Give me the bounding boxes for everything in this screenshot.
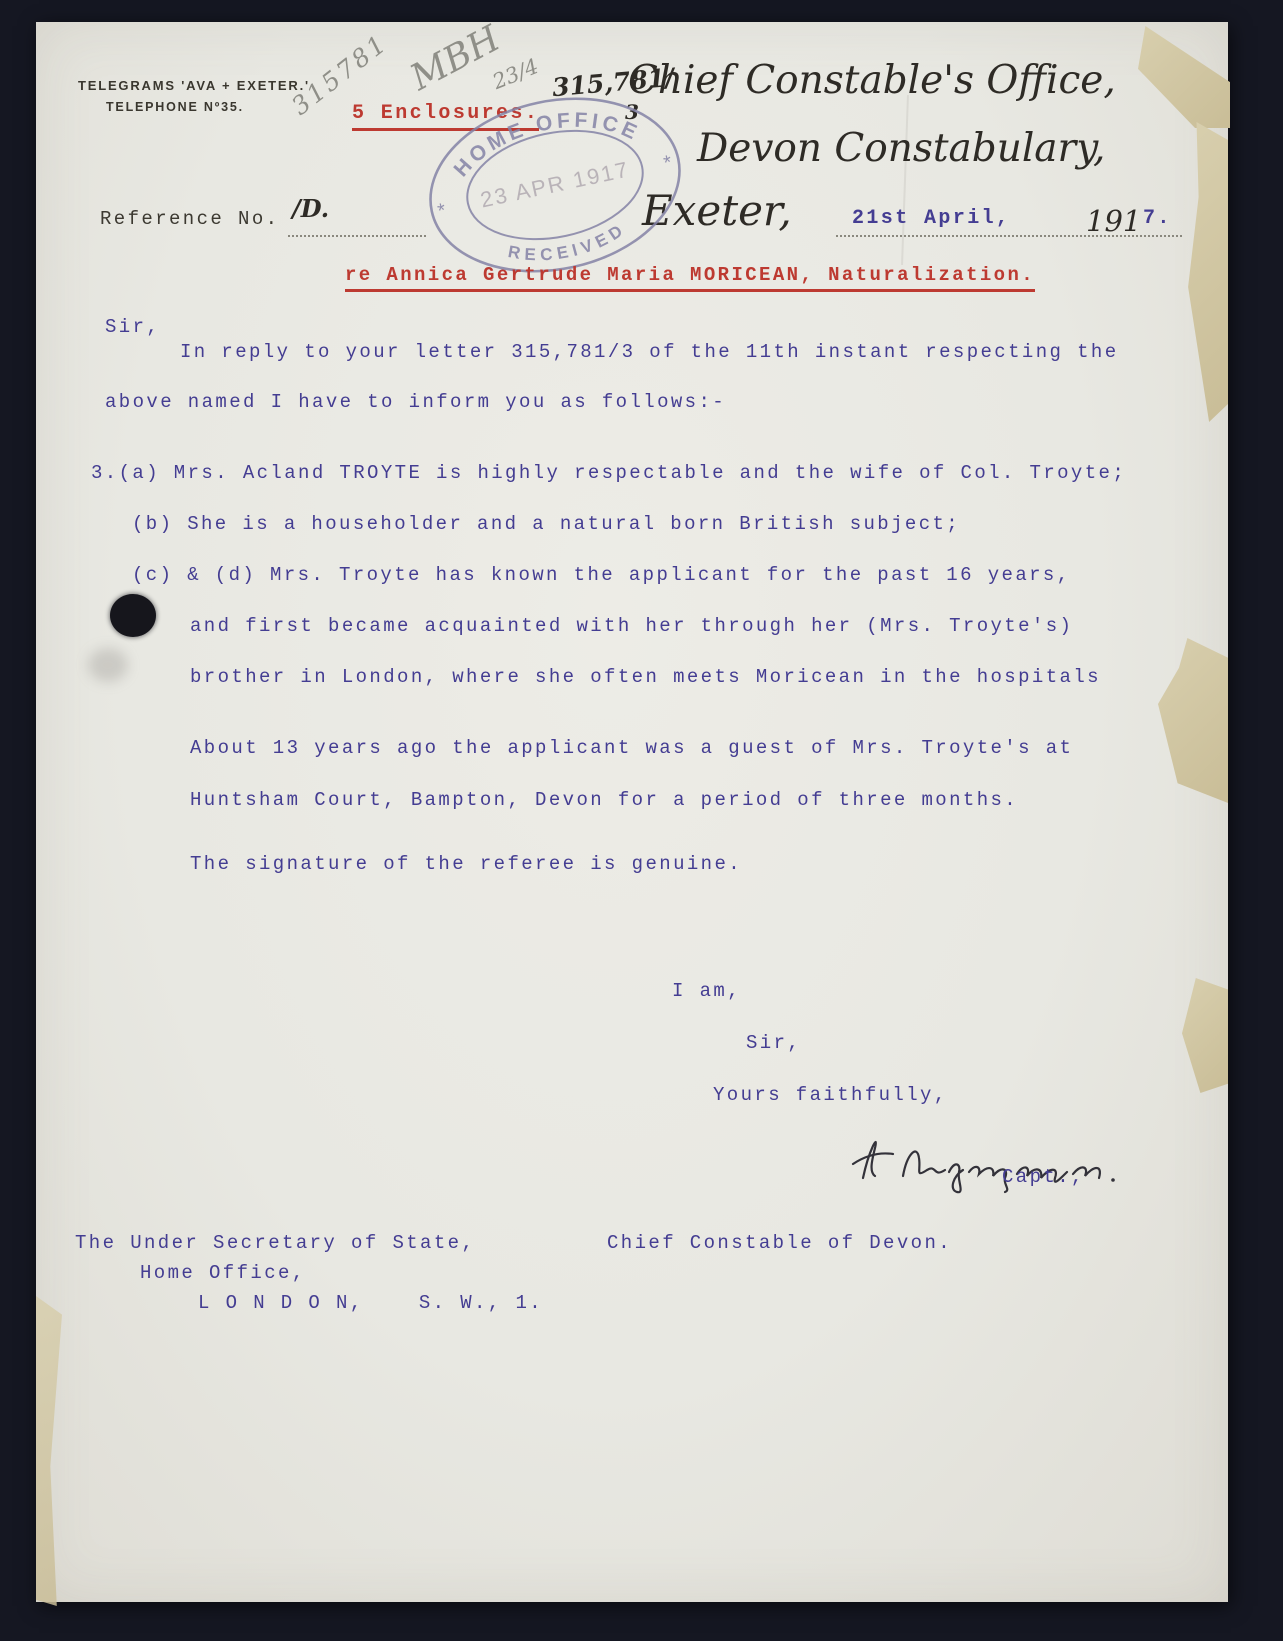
reference-value: /D. <box>292 194 329 223</box>
recipient-line1: The Under Secretary of State, <box>75 1232 475 1254</box>
body-line: (c) & (d) Mrs. Troyte has known the appl… <box>132 564 1071 586</box>
recipient-line2: Home Office, <box>140 1262 306 1284</box>
body-line: (b) She is a householder and a natural b… <box>132 513 960 535</box>
letterhead-constabulary: Devon Constabulary, <box>697 126 1105 171</box>
stamp-star-left-icon: * <box>436 199 448 222</box>
scanned-letter-page: TELEGRAMS 'AVA + EXETER.' TELEPHONE Nº35… <box>0 0 1283 1641</box>
signature-scrawl <box>845 1120 1175 1200</box>
year-typed: 7. <box>1143 207 1172 230</box>
body-line: above named I have to inform you as foll… <box>105 391 726 413</box>
telegrams-line: TELEGRAMS 'AVA + EXETER.' <box>78 78 310 93</box>
stamp-date-text: 23 APR 1917 <box>478 157 632 213</box>
reference-label: Reference No. <box>100 208 279 230</box>
subject-heading: re Annica Gertrude Maria MORICEAN, Natur… <box>345 264 1035 292</box>
closing-rank: Capt., <box>1002 1166 1085 1188</box>
salutation: Sir, <box>105 316 160 338</box>
closing-yours: Yours faithfully, <box>713 1084 948 1106</box>
closing-title: Chief Constable of Devon. <box>607 1232 952 1254</box>
punch-hole <box>110 594 156 637</box>
body-line: The signature of the referee is genuine. <box>190 853 742 875</box>
date-typed: 21st April, <box>852 207 1010 230</box>
telephone-line: TELEPHONE Nº35. <box>106 100 244 114</box>
letterhead-office: Chief Constable's Office, <box>628 58 1116 103</box>
body-line: In reply to your letter 315,781/3 of the… <box>180 341 1119 363</box>
body-line: and first became acquainted with her thr… <box>190 615 1073 637</box>
ink-smudge <box>88 648 128 682</box>
stamp-star-right-icon: * <box>662 151 674 174</box>
body-line: 3.(a) Mrs. Acland TROYTE is highly respe… <box>91 462 1126 484</box>
body-line: About 13 years ago the applicant was a g… <box>190 737 1073 759</box>
closing-sir: Sir, <box>746 1032 801 1054</box>
recipient-line3: L O N D O N, S. W., 1. <box>198 1292 543 1314</box>
closing-i-am: I am, <box>672 980 741 1002</box>
body-line: brother in London, where she often meets… <box>190 666 1101 688</box>
reference-dotted-line <box>288 234 426 237</box>
year-printed: 191 <box>1086 204 1141 238</box>
body-line: Huntsham Court, Bampton, Devon for a per… <box>190 789 1018 811</box>
